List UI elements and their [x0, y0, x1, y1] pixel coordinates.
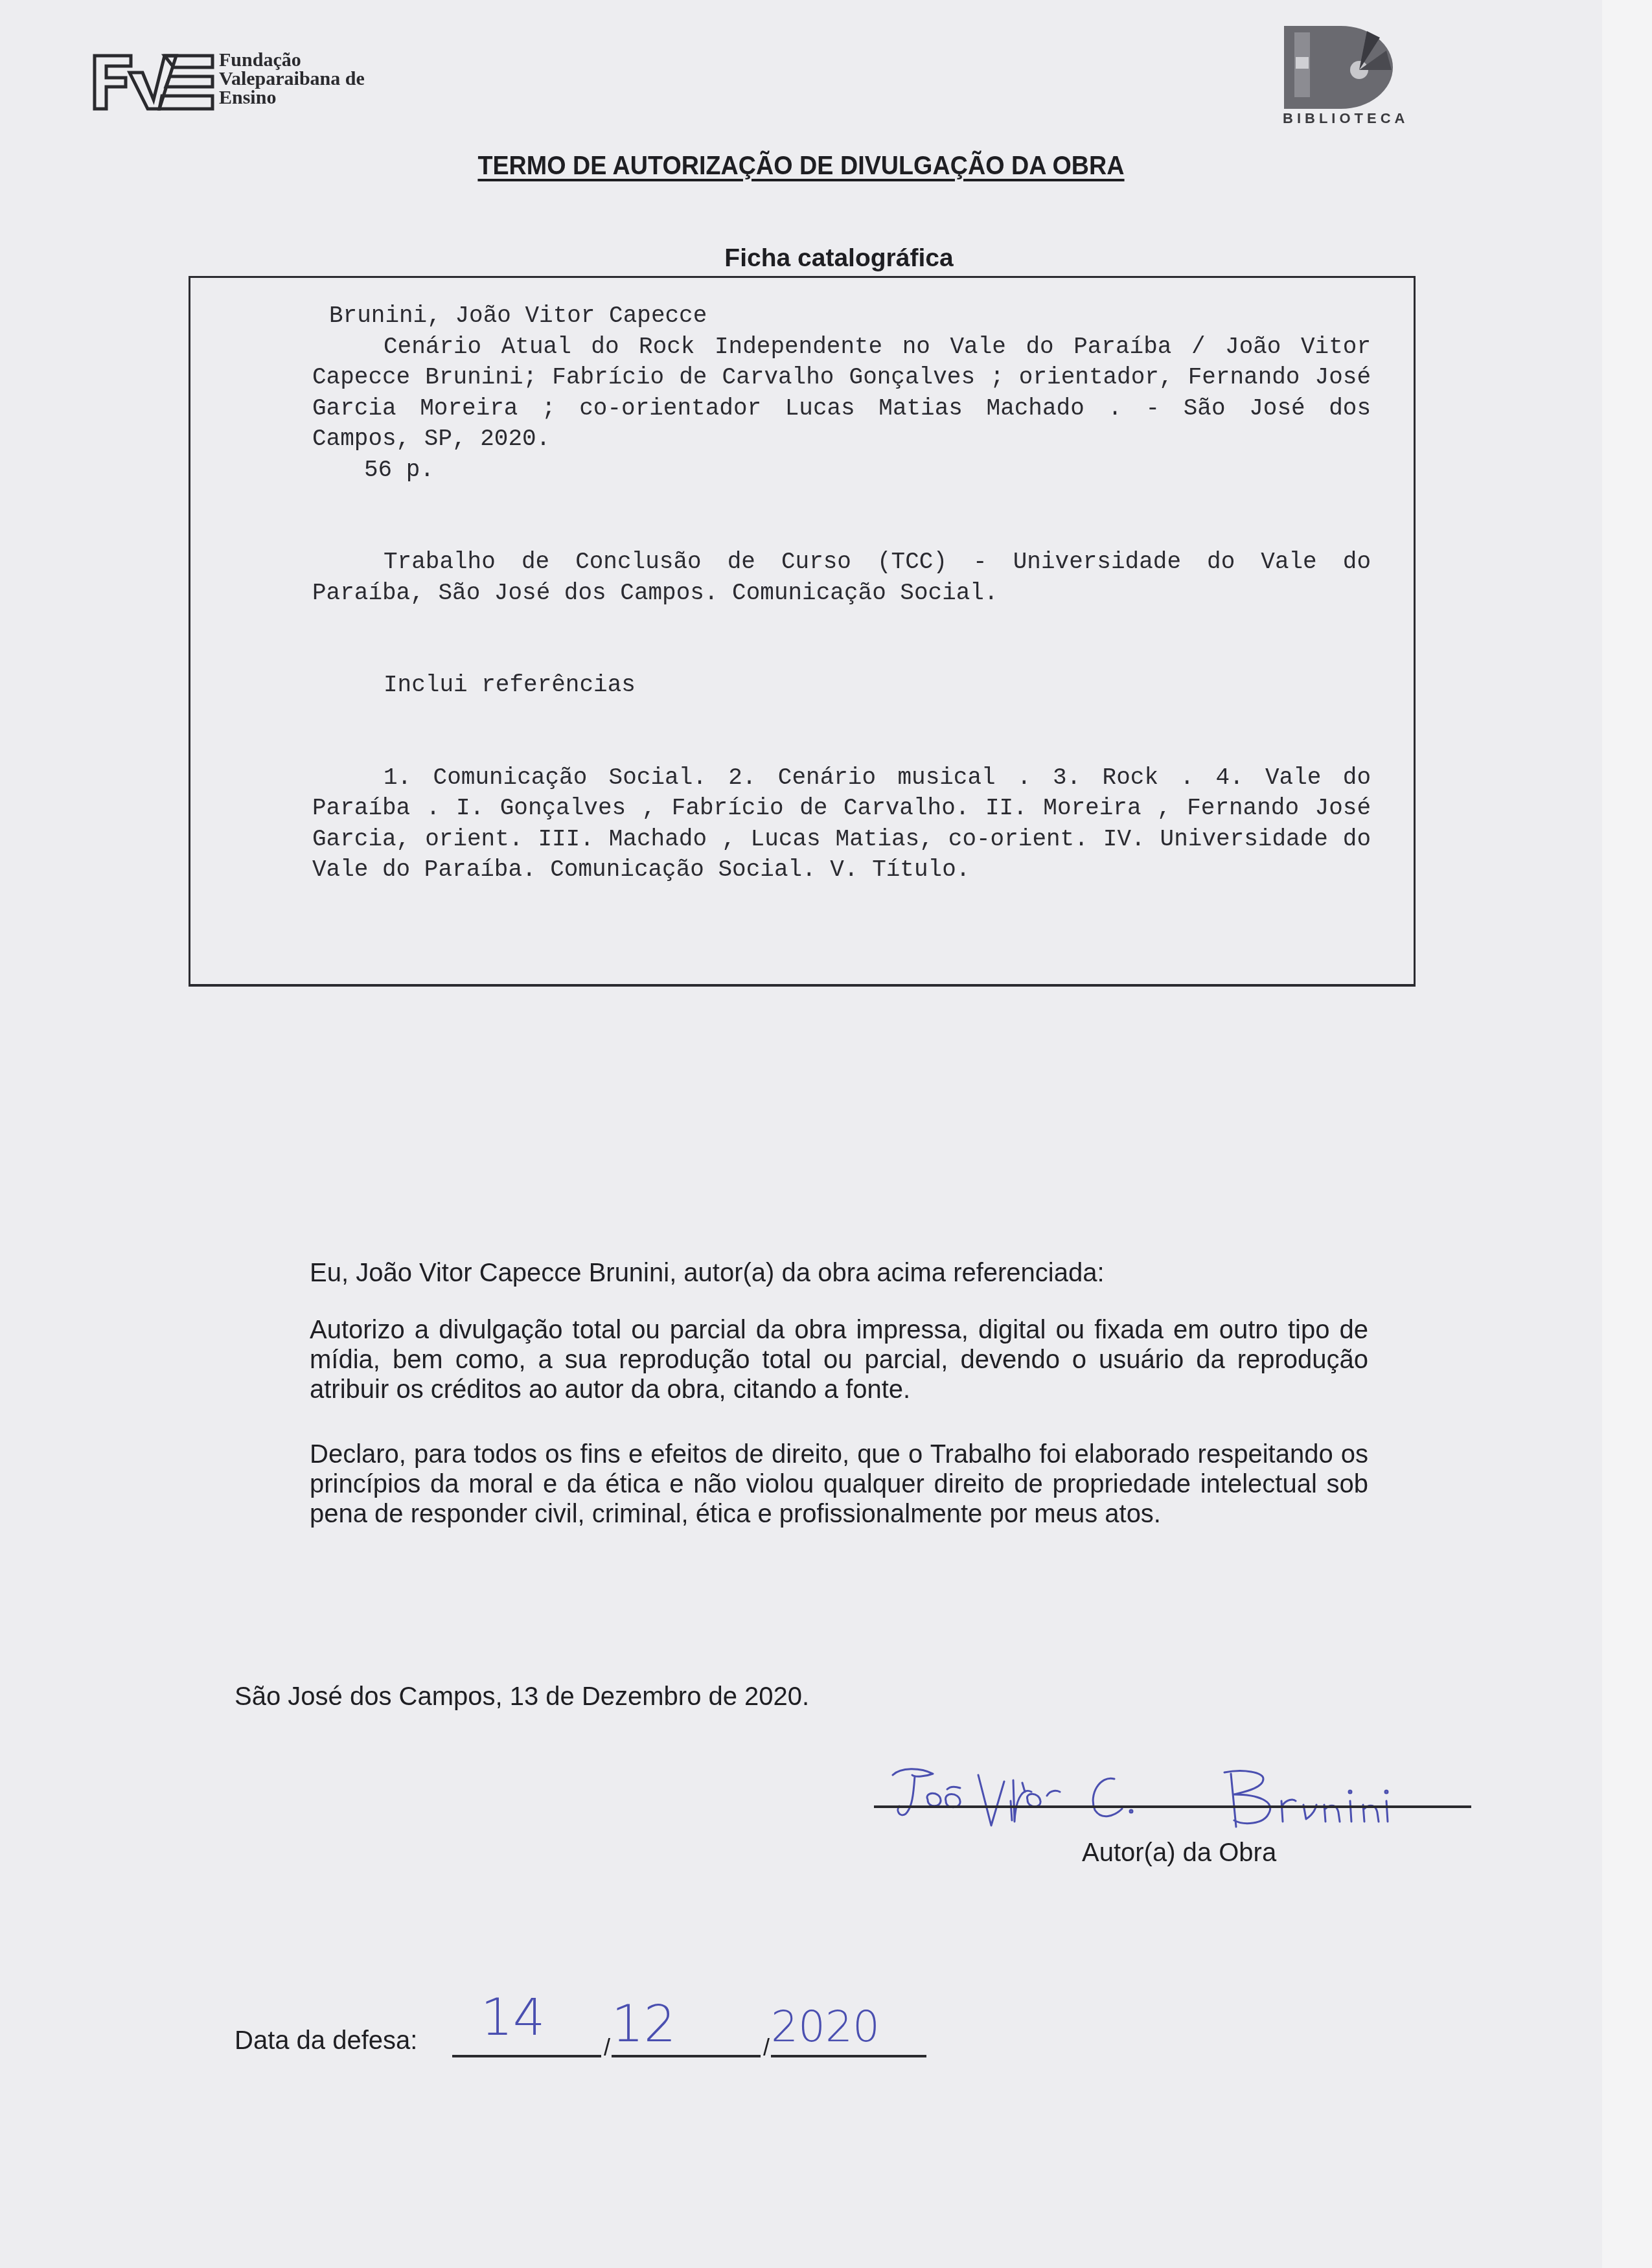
defense-day-value: 14: [481, 1989, 545, 2047]
ficha-subjects: 1. Comunicação Social. 2. Cenário musica…: [312, 762, 1371, 886]
author-declaration: Eu, João Vitor Capecce Brunini, autor(a)…: [310, 1258, 1368, 1288]
date-separator: /: [763, 2034, 770, 2061]
defense-day-field[interactable]: [452, 2055, 601, 2057]
defense-year-value: 2020: [771, 2002, 880, 2052]
handwritten-signature: [881, 1749, 1464, 1833]
ficha-note: Trabalho de Conclusão de Curso (TCC) - U…: [312, 547, 1371, 608]
ficha-pages: 56 p.: [312, 455, 1371, 486]
ficha-catalografica-box: Brunini, João Vitor Capecce Cenário Atua…: [189, 276, 1416, 987]
place-date: São José dos Campos, 13 de Dezembro de 2…: [235, 1682, 809, 1712]
authorization-paragraph: Autorizo a divulgação total ou parcial d…: [310, 1315, 1368, 1404]
signature-caption: Autor(a) da Obra: [1082, 1838, 1276, 1868]
authorization-text: Autorizo a divulgação total ou parcial d…: [310, 1315, 1368, 1404]
ficha-description: Cenário Atual do Rock Independente no Va…: [312, 332, 1371, 455]
defense-month-field[interactable]: [612, 2055, 761, 2057]
ethics-statement-paragraph: Declaro, para todos os fins e efeitos de…: [310, 1439, 1368, 1529]
library-logo-label: BIBLIOTECA: [1283, 110, 1408, 127]
signature-line: [874, 1805, 1471, 1808]
ficha-references: Inclui referências: [312, 670, 1371, 701]
author-declaration-text: Eu, João Vitor Capecce Brunini, autor(a)…: [310, 1258, 1368, 1288]
ficha-content: Brunini, João Vitor Capecce Cenário Atua…: [312, 301, 1371, 886]
institution-name-line: Ensino: [219, 88, 365, 107]
defense-month-value: 12: [612, 1995, 676, 2054]
document-page: Fundação Valeparaibana de Ensino BIBLIOT…: [0, 0, 1602, 2268]
institution-name: Fundação Valeparaibana de Ensino: [219, 51, 365, 107]
defense-year-field[interactable]: [771, 2055, 926, 2057]
defense-date-label: Data da defesa:: [235, 2026, 417, 2056]
library-logo-icon: [1283, 25, 1412, 115]
ficha-label: Ficha catalográfica: [0, 244, 1652, 273]
date-separator: /: [604, 2034, 610, 2061]
fve-logo-icon: [92, 53, 215, 111]
ethics-statement-text: Declaro, para todos os fins e efeitos de…: [310, 1439, 1368, 1529]
document-title: TERMO DE AUTORIZAÇÃO DE DIVULGAÇÃO DA OB…: [64, 150, 1538, 181]
scan-edge: [1602, 0, 1652, 2268]
institution-name-line: Valeparaibana de: [219, 69, 365, 88]
ficha-author: Brunini, João Vitor Capecce: [312, 301, 1371, 332]
institution-name-line: Fundação: [219, 51, 365, 69]
